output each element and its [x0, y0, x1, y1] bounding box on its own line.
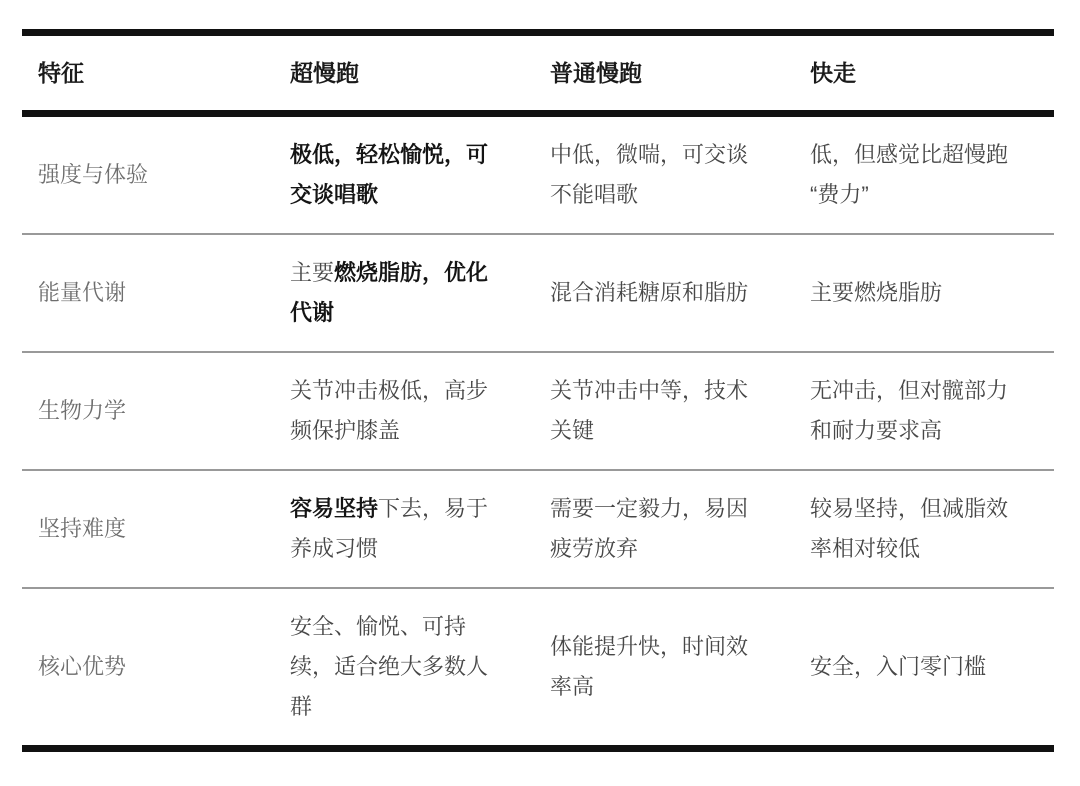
- table-row: 生物力学关节冲击极低，高步 频保护膝盖关节冲击中等，技术 关键无冲击，但对髋部力…: [22, 352, 1054, 470]
- table-cell: 安全、愉悦、可持 续，适合绝大多数人 群: [274, 588, 534, 749]
- header-row: 特征超慢跑普通慢跑快走: [22, 33, 1054, 114]
- cell-text: 低，但感觉比超慢跑 “费力”: [810, 142, 1008, 207]
- table-cell: 体能提升快，时间效 率高: [534, 588, 794, 749]
- cell-text: 较易坚持，但减脂效 率相对较低: [810, 496, 1008, 561]
- table-cell: 混合消耗糖原和脂肪: [534, 234, 794, 352]
- cell-text: 无冲击，但对髋部力 和耐力要求高: [810, 378, 1008, 443]
- table-row: 坚持难度容易坚持下去，易于 养成习惯需要一定毅力，易因 疲劳放弃较易坚持，但减脂…: [22, 470, 1054, 588]
- cell-text: 混合消耗糖原和脂肪: [550, 280, 748, 305]
- table-cell: 安全，入门零门槛: [794, 588, 1054, 749]
- table-cell: 关节冲击中等，技术 关键: [534, 352, 794, 470]
- cell-text: 安全、愉悦、可持 续，适合绝大多数人 群: [290, 614, 488, 719]
- feature-label: 核心优势: [22, 588, 274, 749]
- feature-label: 坚持难度: [22, 470, 274, 588]
- table-cell: 中低，微喘，可交谈 不能唱歌: [534, 114, 794, 235]
- table-header: 特征超慢跑普通慢跑快走: [22, 33, 1054, 114]
- table-row: 能量代谢主要燃烧脂肪，优化 代谢混合消耗糖原和脂肪主要燃烧脂肪: [22, 234, 1054, 352]
- column-header: 特征: [22, 33, 274, 114]
- table-cell: 无冲击，但对髋部力 和耐力要求高: [794, 352, 1054, 470]
- column-header: 快走: [794, 33, 1054, 114]
- feature-label: 能量代谢: [22, 234, 274, 352]
- column-header: 超慢跑: [274, 33, 534, 114]
- table-cell: 主要燃烧脂肪，优化 代谢: [274, 234, 534, 352]
- table-cell: 较易坚持，但减脂效 率相对较低: [794, 470, 1054, 588]
- cell-text: 安全，入门零门槛: [810, 654, 986, 679]
- cell-text-bold: 极低，轻松愉悦，可 交谈唱歌: [290, 142, 488, 207]
- cell-text: 主要燃烧脂肪: [810, 280, 942, 305]
- comparison-table: 特征超慢跑普通慢跑快走 强度与体验极低，轻松愉悦，可 交谈唱歌中低，微喘，可交谈…: [22, 29, 1054, 752]
- table-row: 强度与体验极低，轻松愉悦，可 交谈唱歌中低，微喘，可交谈 不能唱歌低，但感觉比超…: [22, 114, 1054, 235]
- cell-text: 需要一定毅力，易因 疲劳放弃: [550, 496, 748, 561]
- table-cell: 低，但感觉比超慢跑 “费力”: [794, 114, 1054, 235]
- table-body: 强度与体验极低，轻松愉悦，可 交谈唱歌中低，微喘，可交谈 不能唱歌低，但感觉比超…: [22, 114, 1054, 749]
- table-cell: 容易坚持下去，易于 养成习惯: [274, 470, 534, 588]
- feature-label: 强度与体验: [22, 114, 274, 235]
- cell-text: 关节冲击极低，高步 频保护膝盖: [290, 378, 488, 443]
- cell-text: 中低，微喘，可交谈 不能唱歌: [550, 142, 748, 207]
- cell-text: 主要: [290, 260, 334, 285]
- cell-text-bold: 容易坚持: [290, 496, 378, 521]
- cell-text: 体能提升快，时间效 率高: [550, 634, 748, 699]
- table-cell: 极低，轻松愉悦，可 交谈唱歌: [274, 114, 534, 235]
- table-page: 特征超慢跑普通慢跑快走 强度与体验极低，轻松愉悦，可 交谈唱歌中低，微喘，可交谈…: [0, 0, 1080, 752]
- cell-text: 关节冲击中等，技术 关键: [550, 378, 748, 443]
- column-header: 普通慢跑: [534, 33, 794, 114]
- table-cell: 主要燃烧脂肪: [794, 234, 1054, 352]
- table-cell: 需要一定毅力，易因 疲劳放弃: [534, 470, 794, 588]
- table-cell: 关节冲击极低，高步 频保护膝盖: [274, 352, 534, 470]
- feature-label: 生物力学: [22, 352, 274, 470]
- table-row: 核心优势安全、愉悦、可持 续，适合绝大多数人 群体能提升快，时间效 率高安全，入…: [22, 588, 1054, 749]
